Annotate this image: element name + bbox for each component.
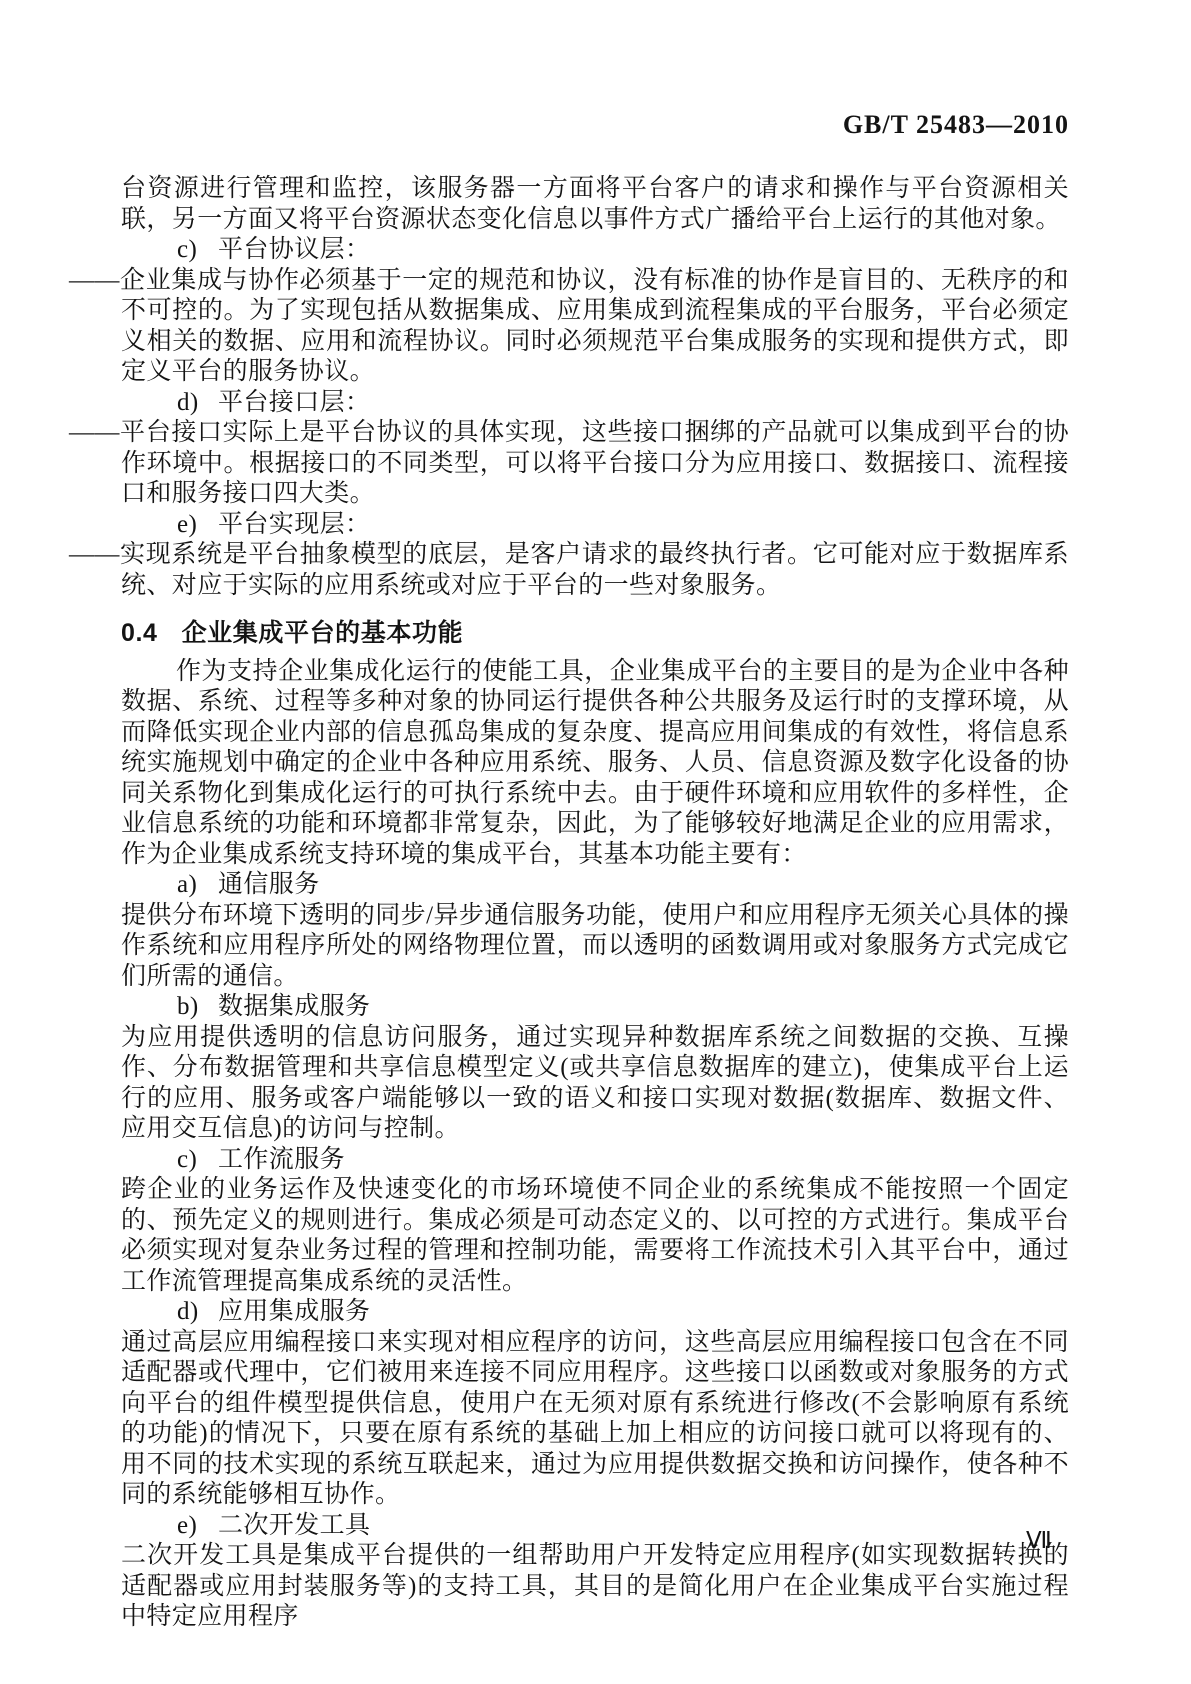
list-item-head: a)通信服务	[121, 870, 1069, 901]
dash-paragraph: ——实现系统是平台抽象模型的底层，是客户请求的最终执行者。它可能对应于数据库系统…	[121, 540, 1069, 601]
list-item-platform-interface-layer: d)平台接口层： ——平台接口实际上是平台协议的具体实现，这些接口捆绑的产品就可…	[121, 388, 1069, 510]
list-item-label: 应用集成服务	[218, 1297, 370, 1328]
list-item-data-integration-service: b)数据集成服务 为应用提供透明的信息访问服务，通过实现异种数据库系统之间数据的…	[121, 992, 1069, 1145]
list-item-letter: e)	[177, 510, 197, 541]
list-item-label: 平台接口层：	[218, 388, 370, 419]
list-item-secondary-development-tools: e)二次开发工具 二次开发工具是集成平台提供的一组帮助用户开发特定应用程序(如实…	[121, 1511, 1069, 1633]
list-item-label: 通信服务	[218, 870, 320, 901]
list-item-head: c)工作流服务	[121, 1145, 1069, 1176]
list-item-head: d)平台接口层：	[121, 388, 1069, 419]
list-item-letter: a)	[177, 870, 197, 901]
intro-paragraph: 作为支持企业集成化运行的使能工具，企业集成平台的主要目的是为企业中各种数据、系统…	[121, 657, 1069, 871]
list-item-label: 平台实现层：	[218, 510, 370, 541]
page-number: Ⅶ	[1026, 1528, 1053, 1554]
list-item-label: 数据集成服务	[218, 992, 370, 1023]
list-item-letter: c)	[177, 235, 197, 266]
list-item-head: e)二次开发工具	[121, 1511, 1069, 1542]
list-item-application-integration-service: d)应用集成服务 通过高层应用编程接口来实现对相应程序的访问，这些高层应用编程接…	[121, 1297, 1069, 1511]
list-item-head: c)平台协议层：	[121, 235, 1069, 266]
section-number: 0.4	[121, 619, 158, 647]
list-item-letter: c)	[177, 1145, 197, 1176]
standard-code-header: GB/T 25483—2010	[121, 110, 1069, 140]
section-title: 企业集成平台的基本功能	[182, 619, 464, 647]
list-item-head: b)数据集成服务	[121, 992, 1069, 1023]
list-item-communication-service: a)通信服务 提供分布环境下透明的同步/异步通信服务功能，使用户和应用程序无须关…	[121, 870, 1069, 992]
dash-paragraph: ——平台接口实际上是平台协议的具体实现，这些接口捆绑的产品就可以集成到平台的协作…	[121, 418, 1069, 510]
document-page: GB/T 25483—2010 台资源进行管理和监控，该服务器一方面将平台客户的…	[0, 0, 1191, 1684]
list-item-letter: e)	[177, 1511, 197, 1542]
list-item-workflow-service: c)工作流服务 跨企业的业务运作及快速变化的市场环境使不同企业的系统集成不能按照…	[121, 1145, 1069, 1298]
list-item-body: 为应用提供透明的信息访问服务，通过实现异种数据库系统之间数据的交换、互操作、分布…	[121, 1023, 1069, 1145]
list-item-letter: d)	[177, 388, 199, 419]
list-item-label: 工作流服务	[218, 1145, 345, 1176]
list-item-head: e)平台实现层：	[121, 510, 1069, 541]
section-heading: 0.4企业集成平台的基本功能	[121, 618, 1069, 649]
list-item-head: d)应用集成服务	[121, 1297, 1069, 1328]
continuation-paragraph: 台资源进行管理和监控，该服务器一方面将平台客户的请求和操作与平台资源相关联，另一…	[121, 174, 1069, 235]
list-item-label: 二次开发工具	[218, 1511, 370, 1542]
list-item-body: 提供分布环境下透明的同步/异步通信服务功能，使用户和应用程序无须关心具体的操作系…	[121, 901, 1069, 993]
list-item-body: 跨企业的业务运作及快速变化的市场环境使不同企业的系统集成不能按照一个固定的、预先…	[121, 1175, 1069, 1297]
list-item-label: 平台协议层：	[218, 235, 370, 266]
dash-paragraph: ——企业集成与协作必须基于一定的规范和协议，没有标准的协作是盲目的、无秩序的和不…	[121, 266, 1069, 388]
list-item-platform-implementation-layer: e)平台实现层： ——实现系统是平台抽象模型的底层，是客户请求的最终执行者。它可…	[121, 510, 1069, 602]
list-item-body: 二次开发工具是集成平台提供的一组帮助用户开发特定应用程序(如实现数据转换的适配器…	[121, 1541, 1069, 1633]
list-item-platform-protocol-layer: c)平台协议层： ——企业集成与协作必须基于一定的规范和协议，没有标准的协作是盲…	[121, 235, 1069, 388]
list-item-letter: b)	[177, 992, 199, 1023]
list-item-letter: d)	[177, 1297, 199, 1328]
page-content: 台资源进行管理和监控，该服务器一方面将平台客户的请求和操作与平台资源相关联，另一…	[121, 174, 1069, 1633]
list-item-body: 通过高层应用编程接口来实现对相应程序的访问，这些高层应用编程接口包含在不同适配器…	[121, 1328, 1069, 1511]
